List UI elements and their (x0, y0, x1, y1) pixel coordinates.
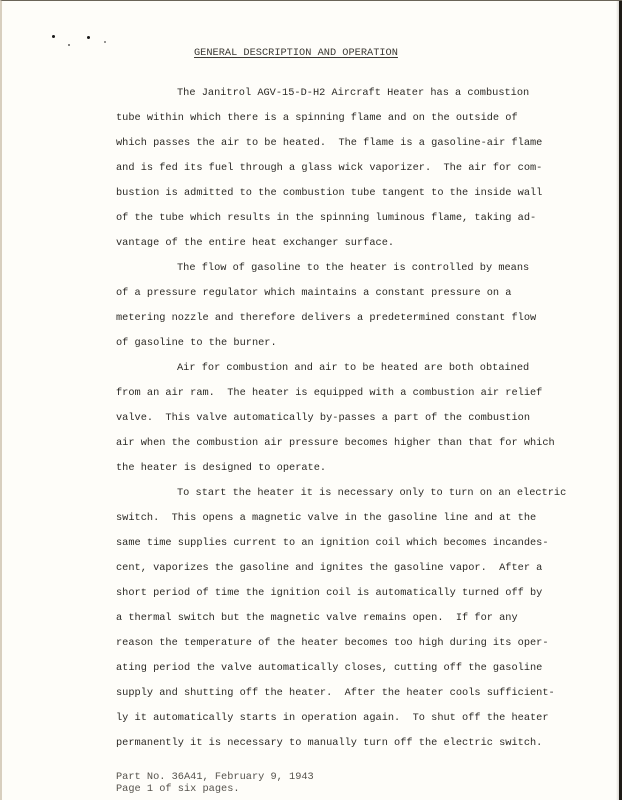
paragraph-1-line-5: bustion is admitted to the combustion tu… (116, 187, 542, 199)
paragraph-4-line-8: ating period the valve automatically clo… (116, 662, 542, 674)
paragraph-4-line-4: cent, vaporizes the gasoline and ignites… (116, 562, 542, 574)
paragraph-2-line-2: of a pressure regulator which maintains … (116, 287, 511, 299)
paragraph-3-line-3: valve. This valve automatically by-passe… (116, 412, 530, 424)
speck-mark (52, 35, 55, 38)
paragraph-1-line-3: which passes the air to be heated. The f… (116, 137, 542, 149)
speck-mark (104, 41, 106, 43)
paragraph-1-line-4: and is fed its fuel through a glass wick… (116, 162, 542, 174)
paragraph-3-line-1: Air for combustion and air to be heated … (177, 362, 529, 374)
paragraph-1-line-7: vantage of the entire heat exchanger sur… (116, 237, 394, 249)
paragraph-2-line-3: metering nozzle and therefore delivers a… (116, 312, 536, 324)
document-page: GENERAL DESCRIPTION AND OPERATION The Ja… (0, 0, 622, 800)
speck-mark (87, 36, 90, 39)
paragraph-4-line-10: ly it automatically starts in operation … (116, 712, 549, 724)
paragraph-4-line-6: a thermal switch but the magnetic valve … (116, 612, 518, 624)
paragraph-4-line-1: To start the heater it is necessary only… (177, 487, 566, 499)
paragraph-3-line-2: from an air ram. The heater is equipped … (116, 387, 542, 399)
paragraph-4-line-5: short period of time the ignition coil i… (116, 587, 542, 599)
paragraph-2-line-4: of gasoline to the burner. (116, 337, 277, 349)
paragraph-3-line-4: air when the combustion air pressure bec… (116, 437, 555, 449)
footer-page-count: Page 1 of six pages. (116, 783, 240, 795)
speck-mark (68, 44, 70, 46)
paragraph-1-line-1: The Janitrol AGV-15-D-H2 Aircraft Heater… (177, 87, 529, 99)
footer-part-number: Part No. 36A41, February 9, 1943 (116, 771, 314, 783)
paragraph-4-line-9: supply and shutting off the heater. Afte… (116, 687, 555, 699)
paragraph-1-line-2: tube within which there is a spinning fl… (116, 112, 518, 124)
paragraph-3-line-5: the heater is designed to operate. (116, 462, 326, 474)
paragraph-4-line-3: same time supplies current to an ignitio… (116, 537, 549, 549)
paragraph-1-line-6: of the tube which results in the spinnin… (116, 212, 536, 224)
paragraph-4-line-7: reason the temperature of the heater bec… (116, 637, 549, 649)
paragraph-4-line-11: permanently it is necessary to manually … (116, 737, 542, 749)
page-title: GENERAL DESCRIPTION AND OPERATION (194, 47, 398, 59)
paragraph-4-line-2: switch. This opens a magnetic valve in t… (116, 512, 536, 524)
paragraph-2-line-1: The flow of gasoline to the heater is co… (177, 262, 529, 274)
